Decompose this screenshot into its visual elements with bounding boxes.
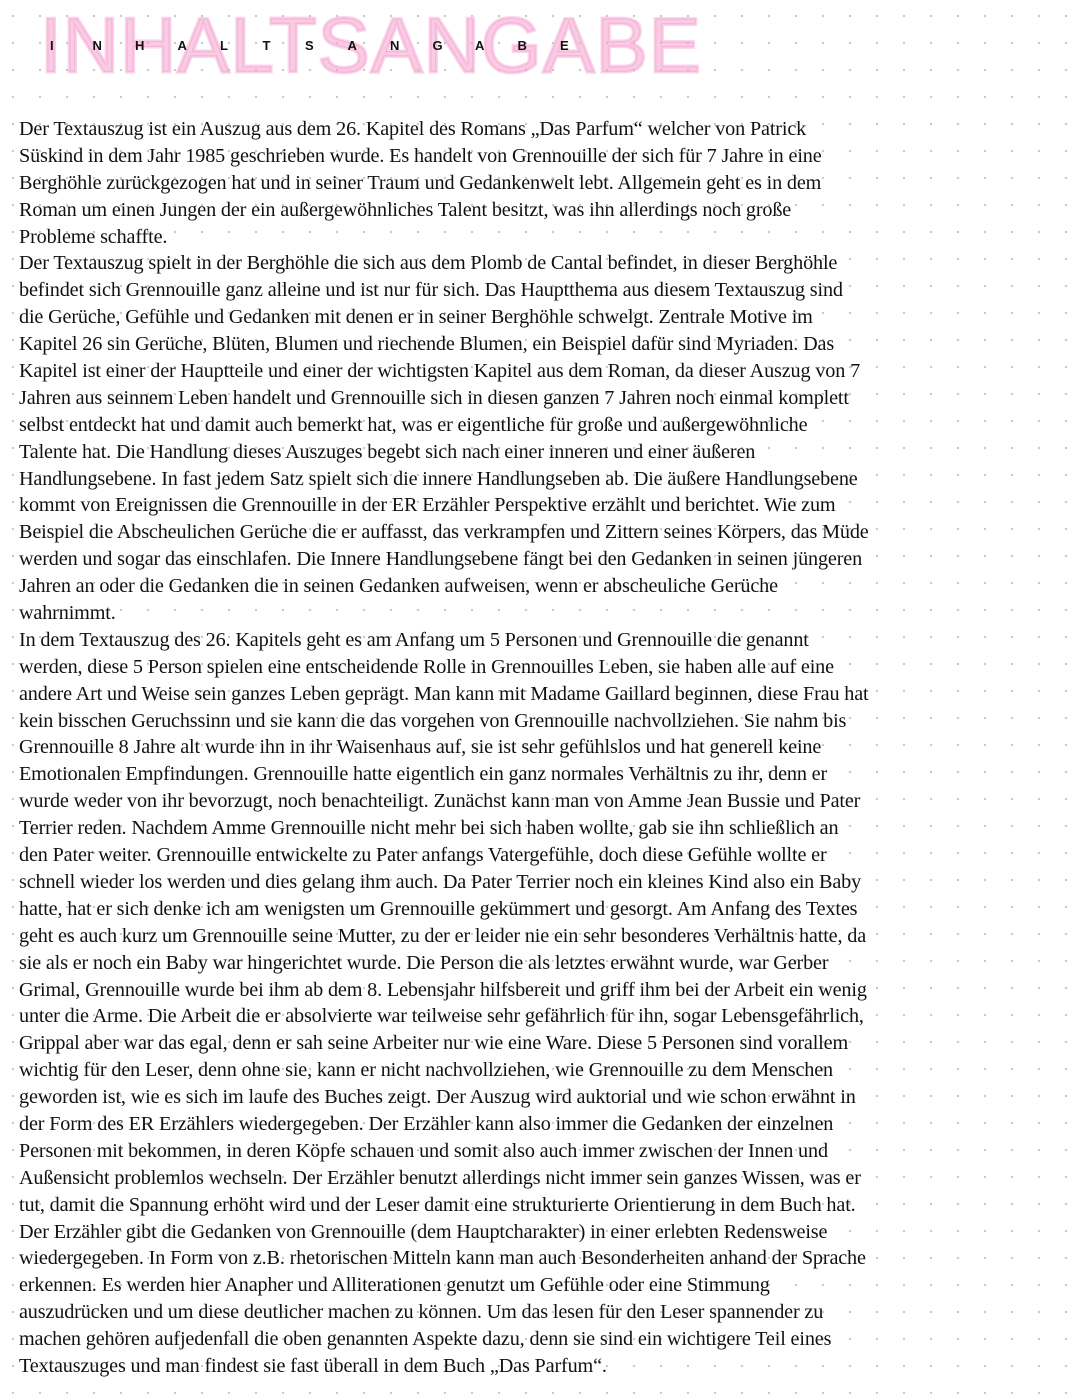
text-line: Außensicht problemlos wechseln. Der Erzä… — [19, 1165, 1029, 1192]
text-line: Personen mit bekommen, in deren Köpfe sc… — [19, 1138, 1029, 1165]
page-title: INHALTSANGABE I N H A L T S A N G A B E — [40, 4, 600, 84]
text-line: auszudrücken und um diese deutlicher mac… — [19, 1299, 1029, 1326]
title-letter: N — [93, 38, 136, 53]
title-letter: T — [263, 38, 306, 53]
text-line: machen gehören aufjedenfall die oben gen… — [19, 1326, 1029, 1353]
text-line: Textauszuges und man findest sie fast üb… — [19, 1353, 1029, 1380]
text-line: Emotionalen Empfindungen. Grennouille ha… — [19, 761, 1029, 788]
title-letter: E — [560, 38, 603, 53]
text-line: wurde weder von ihr bevorzugt, noch bena… — [19, 788, 1029, 815]
title-letter: A — [348, 38, 391, 53]
text-line: Kapitel ist einer der Hauptteile und ein… — [19, 358, 1029, 385]
text-line: Der Textauszug ist ein Auszug aus dem 26… — [19, 116, 1029, 143]
text-line: erkennen. Es werden hier Anapher und All… — [19, 1272, 1029, 1299]
title-letter: L — [220, 38, 263, 53]
text-line: Talente hat. Die Handlung dieses Auszuge… — [19, 439, 1029, 466]
text-line: geworden ist, wie es sich im laufe des B… — [19, 1084, 1029, 1111]
text-line: Roman um einen Jungen der ein außergewöh… — [19, 197, 1029, 224]
text-line: hatte, hat er sich denke ich am wenigste… — [19, 896, 1029, 923]
title-letter: G — [433, 38, 476, 53]
text-line: Grimal, Grennouille wurde bei ihm ab dem… — [19, 977, 1029, 1004]
text-line: schnell wieder los werden und dies gelan… — [19, 869, 1029, 896]
text-line: wiedergegeben. In Form von z.B. rhetoris… — [19, 1245, 1029, 1272]
text-line: Der Erzähler gibt die Gedanken von Grenn… — [19, 1219, 1029, 1246]
text-line: sie als er noch ein Baby war hingerichte… — [19, 950, 1029, 977]
text-line: In dem Textauszug des 26. Kapitels geht … — [19, 627, 1029, 654]
text-line: Süskind in dem Jahr 1985 geschrieben wur… — [19, 143, 1029, 170]
text-line: Grennouille 8 Jahre alt wurde ihn in ihr… — [19, 734, 1029, 761]
title-letter: A — [178, 38, 221, 53]
text-line: Berghöhle zurückgezogen hat und in seine… — [19, 170, 1029, 197]
text-line: unter die Arme. Die Arbeit die er absolv… — [19, 1003, 1029, 1030]
text-line: werden und sogar das einschlafen. Die In… — [19, 546, 1029, 573]
title-letter: B — [518, 38, 561, 53]
title-letter: H — [135, 38, 178, 53]
body-text: Der Textauszug ist ein Auszug aus dem 26… — [19, 116, 1029, 1380]
text-line: selbst entdeckt hat und damit auch bemer… — [19, 412, 1029, 439]
text-line: die Gerüche, Gefühle und Gedanken mit de… — [19, 304, 1029, 331]
text-line: Handlungsebene. In fast jedem Satz spiel… — [19, 466, 1029, 493]
text-line: Kapitel 26 sin Gerüche, Blüten, Blumen u… — [19, 331, 1029, 358]
text-line: Beispiel die Abscheulichen Gerüche die e… — [19, 519, 1029, 546]
title-letter: N — [390, 38, 433, 53]
text-line: Jahren aus seinnem Leben handelt und Gre… — [19, 385, 1029, 412]
text-line: Grippal aber war das egal, denn er sah s… — [19, 1030, 1029, 1057]
text-line: geht es auch kurz um Grennouille seine M… — [19, 923, 1029, 950]
text-line: kein bisschen Geruchssinn und sie kann d… — [19, 708, 1029, 735]
text-line: der Form des ER Erzählers wiedergegeben.… — [19, 1111, 1029, 1138]
text-line: Terrier reden. Nachdem Amme Grennouille … — [19, 815, 1029, 842]
title-letter: I — [50, 38, 93, 53]
text-line: werden, diese 5 Person spielen eine ents… — [19, 654, 1029, 681]
title-letter: A — [475, 38, 518, 53]
text-line: den Pater weiter. Grennouille entwickelt… — [19, 842, 1029, 869]
text-line: Der Textauszug spielt in der Berghöhle d… — [19, 250, 1029, 277]
text-line: befindet sich Grennouille ganz alleine u… — [19, 277, 1029, 304]
text-line: wahrnimmt. — [19, 600, 1029, 627]
title-letter: S — [305, 38, 348, 53]
text-line: tut, damit die Spannung erhöht wird und … — [19, 1192, 1029, 1219]
text-line: andere Art und Weise sein ganzes Leben g… — [19, 681, 1029, 708]
text-line: Jahren an oder die Gedanken die in seine… — [19, 573, 1029, 600]
text-line: kommt von Ereignissen die Grennouille in… — [19, 492, 1029, 519]
text-line: wichtig für den Leser, denn ohne sie, ka… — [19, 1057, 1029, 1084]
text-line: Probleme schaffte. — [19, 224, 1029, 251]
title-handwritten-letters: I N H A L T S A N G A B E — [50, 38, 603, 53]
